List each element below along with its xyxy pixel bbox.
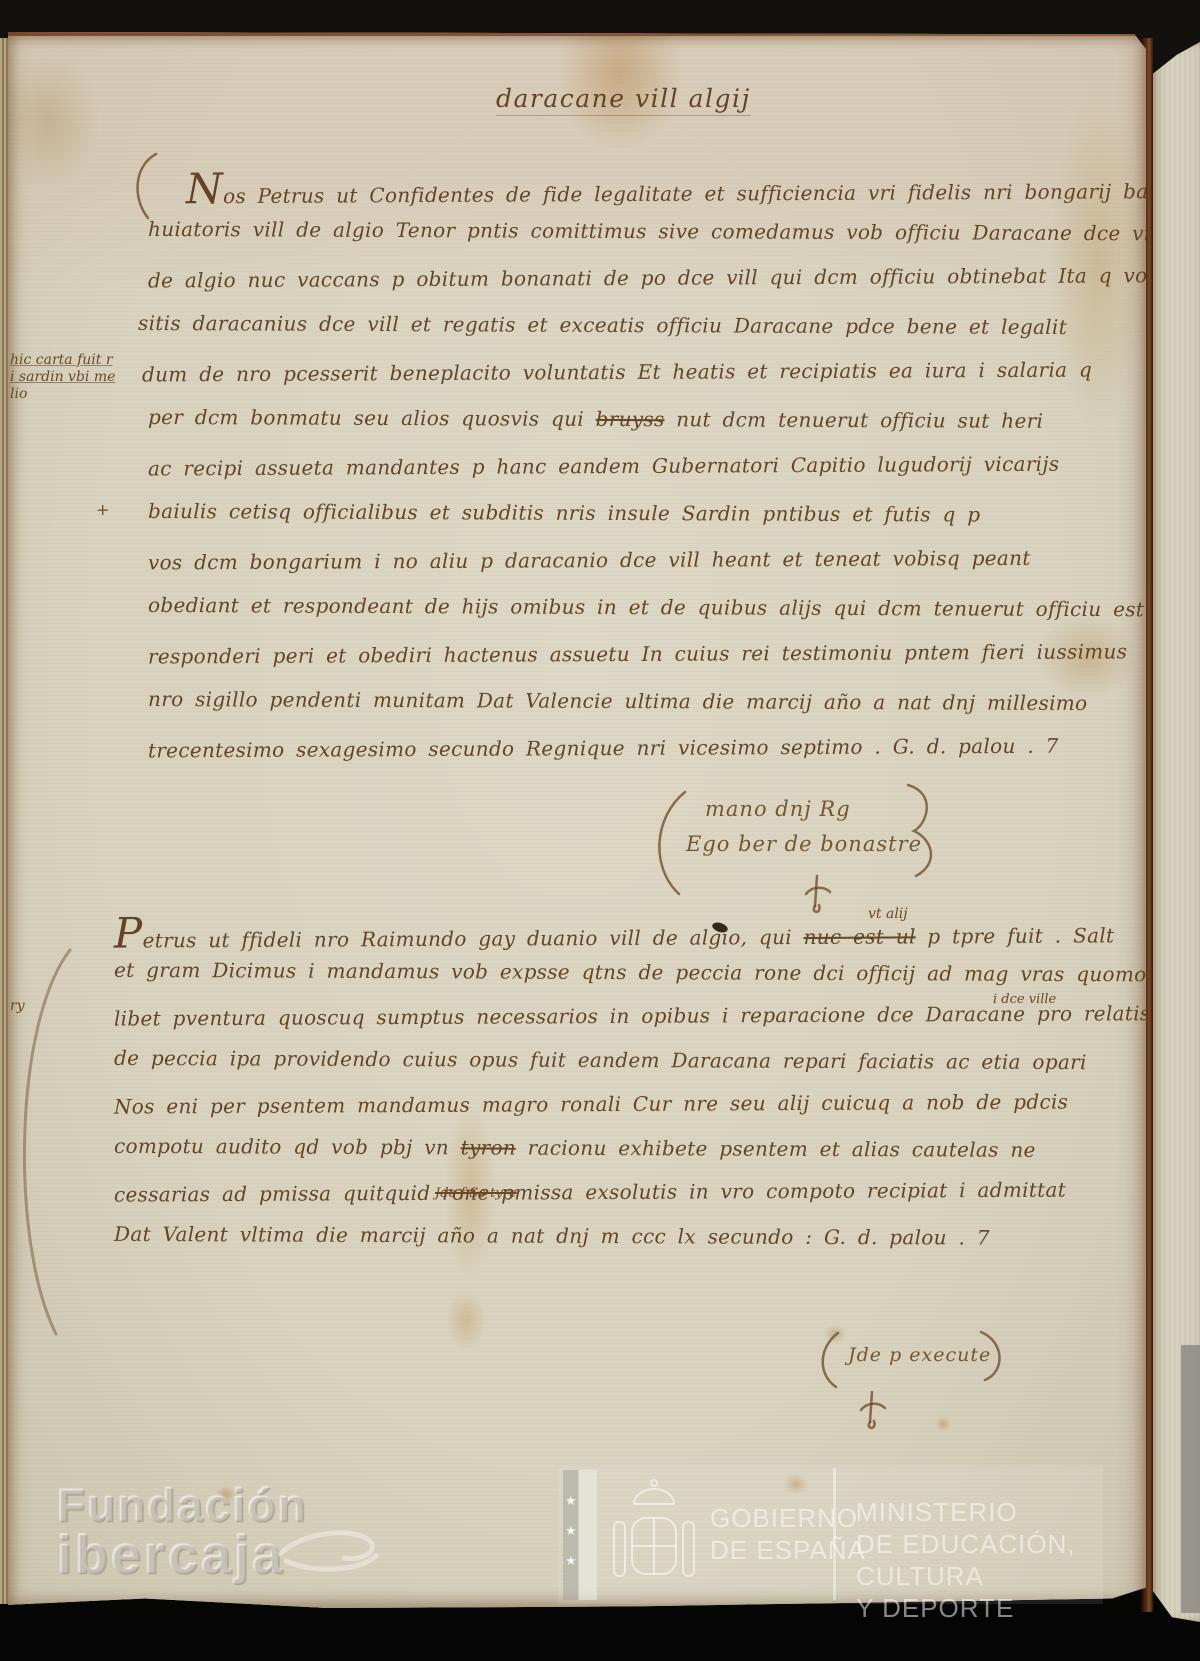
struck-words: bruyss (596, 407, 665, 431)
star-icon: ★ (565, 1554, 577, 1569)
manuscript-line: libet pventura quoscuq sumptus necessari… (114, 1001, 1099, 1050)
signature-paren-icon (645, 788, 690, 898)
manuscript-line: obediant et respondeant de hijs omibus i… (148, 593, 1088, 644)
manuscript-line: sitis daracanius dce vill et regatis et … (138, 311, 1088, 362)
struck-words: tyron (461, 1135, 516, 1159)
notarial-mark-icon (855, 1388, 889, 1432)
margin-note-line: hic carta fuit r (10, 352, 115, 369)
watermark-divider (833, 1468, 836, 1600)
manuscript-line: ac recipi assueta mandantes p hanc eande… (148, 452, 1088, 504)
manuscript-line: Nos eni per psentem mandamus magro ronal… (114, 1089, 1099, 1138)
manuscript-line: vos dcm bongarium i no aliu p daracanio … (148, 546, 1088, 598)
margin-note-2: ry (10, 998, 25, 1014)
notarial-mark-icon (800, 872, 834, 916)
manuscript-line: et gram Dicimus i mandamus vob expsse qt… (114, 958, 1099, 1006)
manuscript-line: cessarias ad pmissa quitquid rone pmissa… (114, 1177, 1099, 1226)
gobierno-watermark: GOBIERNO DE ESPAÑA (710, 1502, 866, 1566)
ministerio-watermark: MINISTERIO DE EDUCACIÓN, CULTURA Y DEPOR… (856, 1496, 1200, 1624)
struck-words: nuc est ul (804, 924, 916, 949)
chancery-note-line-2: Ego ber de bonastre (686, 832, 922, 856)
manuscript-line: Nos Petrus ut Confidentes de fide legali… (148, 170, 1088, 222)
star-icon: ★ (565, 1494, 577, 1509)
gobierno-line-2: DE ESPAÑA (710, 1534, 866, 1566)
manuscript-line: responderi peri et obediri hactenus assu… (148, 640, 1088, 692)
interline-struck-note: Jde f So tyre (435, 1186, 517, 1201)
spain-coat-of-arms-icon (608, 1474, 700, 1596)
ibercaja-watermark-line-2: ibercaja (57, 1524, 285, 1586)
ministerio-line-1: MINISTERIO (856, 1496, 1200, 1528)
star-icon: ★ (565, 1524, 577, 1539)
margin-cross-mark: + (96, 500, 109, 519)
manuscript-line: nro sigillo pendenti munitam Dat Valenci… (148, 687, 1088, 738)
manuscript-scan: daracane vill algij hic carta fuit r i s… (0, 0, 1200, 1661)
manuscript-line: baiulis cetisq officialibus et subditis … (148, 499, 1088, 550)
flag-bar-icon: ★ ★ ★ (563, 1470, 597, 1600)
docket-title: daracane vill algij (496, 84, 751, 116)
manuscript-line: trecentesimo sexagesimo secundo Regnique… (148, 734, 1088, 786)
letter-1-text: Nos Petrus ut Confidentes de fide legali… (148, 172, 1088, 783)
manuscript-line: de algio nuc vaccans p obitum bonanati d… (148, 264, 1088, 316)
manuscript-line: huiatoris vill de algio Tenor pntis comi… (148, 217, 1088, 268)
manuscript-page: daracane vill algij hic carta fuit r i s… (8, 32, 1146, 1608)
ministerio-line-2: DE EDUCACIÓN, CULTURA (856, 1528, 1200, 1592)
signoff-close-paren-icon (975, 1328, 1010, 1383)
manuscript-line: per dcm bonmatu seu alios quosvis qui br… (148, 405, 1088, 456)
manuscript-line: de peccia ipa providendo cuius opus fuit… (114, 1046, 1099, 1094)
margin-note-line: i sardin vbi me (10, 369, 115, 386)
ibercaja-logo-icon (272, 1516, 387, 1578)
chancery-note-line-1: mano dnj Rg (705, 797, 851, 821)
signoff-note: Jde p execute (848, 1344, 991, 1366)
manuscript-line: Dat Valent vltima die marcij año a nat d… (114, 1222, 1099, 1270)
manuscript-line: dum de nro pcesserit beneplacito volunta… (142, 358, 1088, 410)
ministerio-line-3: Y DEPORTE (856, 1592, 1200, 1624)
signature-brace-icon (898, 783, 948, 878)
signoff-open-paren-icon (812, 1330, 842, 1390)
interline-note: i dce ville (993, 992, 1056, 1007)
margin-note: hic carta fuit r i sardin vbi me lio (10, 352, 115, 403)
manuscript-line: compotu audito qd vob pbj vn tyron racio… (114, 1134, 1099, 1182)
gobierno-line-1: GOBIERNO (710, 1502, 866, 1534)
letter-2-text: Petrus ut ffideli nro Raimundo gay duani… (114, 916, 1099, 1268)
manuscript-line: Petrus ut ffideli nro Raimundo gay duani… (114, 913, 1099, 962)
margin-note-line: lio (10, 386, 115, 403)
